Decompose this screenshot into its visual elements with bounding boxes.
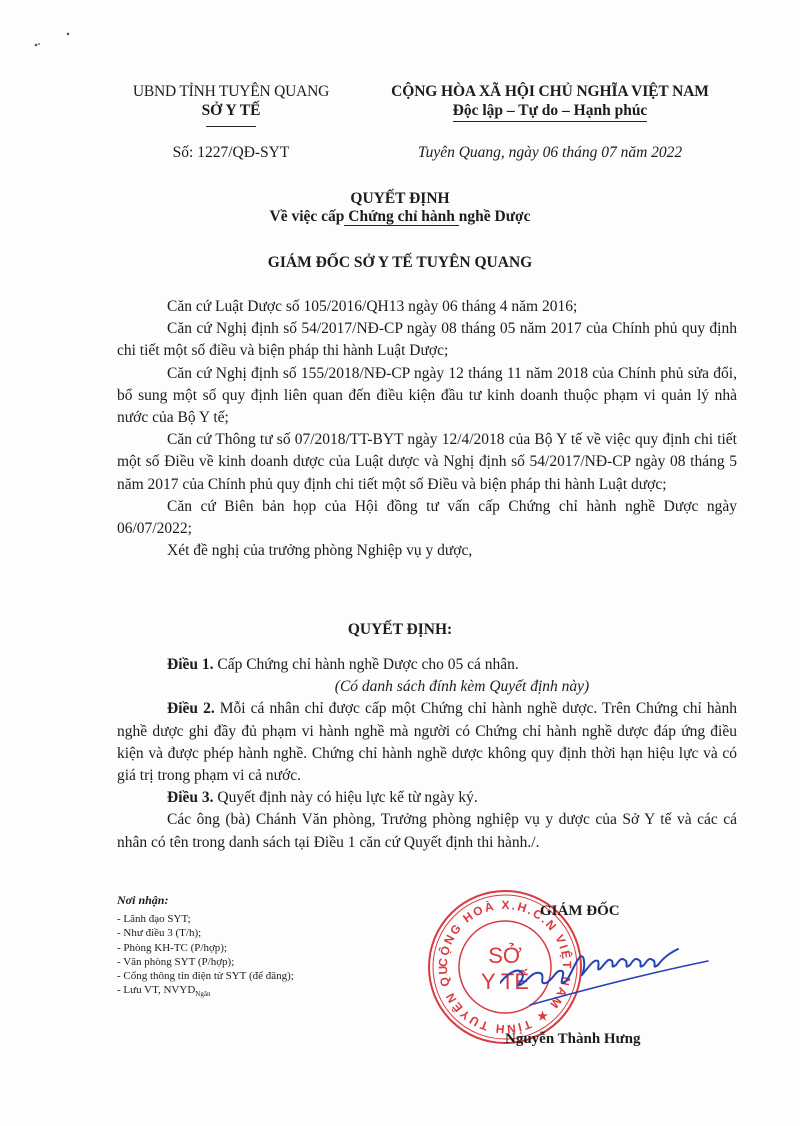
recipient-item-text: - Lưu VT, NVYD	[117, 984, 195, 996]
signer-name: Nguyễn Thành Hưng	[505, 1031, 640, 1048]
handwritten-signature	[500, 935, 710, 1015]
preamble-item: Căn cứ Nghị định số 155/2018/NĐ-CP ngày …	[117, 363, 737, 430]
preamble-item: Căn cứ Biên bản họp của Hội đồng tư vấn …	[117, 496, 737, 540]
articles: Điều 1. Cấp Chứng chỉ hành nghề Dược cho…	[117, 654, 737, 854]
preamble-item: Căn cứ Thông tư số 07/2018/TT-BYT ngày 1…	[117, 429, 737, 496]
document-subject: Về việc cấp Chứng chỉ hành nghề Dược	[110, 208, 690, 226]
issuer-title: GIÁM ĐỐC SỞ Y TẾ TUYÊN QUANG	[110, 254, 690, 272]
signer-title: GIÁM ĐỐC	[540, 903, 620, 920]
article-2: Điều 2. Mỗi cá nhân chỉ được cấp một Chứ…	[117, 698, 737, 787]
decision-heading: QUYẾT ĐỊNH:	[110, 621, 690, 639]
execution-clause: Các ông (bà) Chánh Văn phòng, Trưởng phò…	[117, 809, 737, 853]
article-3: Điều 3. Quyết định này có hiệu lực kể từ…	[117, 787, 737, 809]
department-name: SỞ Y TẾ	[202, 102, 261, 120]
recipient-item: - Cổng thông tin điện tử SYT (để đăng);	[117, 969, 407, 983]
document-title: QUYẾT ĐỊNH Về việc cấp Chứng chỉ hành ng…	[110, 190, 690, 226]
recipient-item: - Lãnh đạo SYT;	[117, 912, 407, 926]
article-text: Cấp Chứng chỉ hành nghề Dược cho 05 cá n…	[214, 656, 519, 673]
article-label: Điều 3.	[167, 789, 214, 806]
subject-prefix: Về việc cấp	[270, 208, 345, 225]
nation-name: CỘNG HÒA XÃ HỘI CHỦ NGHĨA VIỆT NAM	[362, 83, 738, 101]
recipient-item-suffix: Ngân	[195, 990, 210, 998]
national-title-block: CỘNG HÒA XÃ HỘI CHỦ NGHĨA VIỆT NAM Độc l…	[362, 83, 738, 122]
document-type: QUYẾT ĐỊNH	[110, 190, 690, 208]
place-and-date: Tuyên Quang, ngày 06 tháng 07 năm 2022	[362, 144, 738, 162]
subject-suffix: nghề Dược	[459, 208, 531, 225]
preamble: Căn cứ Luật Dược số 105/2016/QH13 ngày 0…	[117, 296, 737, 562]
article-label: Điều 2.	[167, 700, 215, 717]
recipients-list: Nơi nhận: - Lãnh đạo SYT; - Như điều 3 (…	[117, 893, 407, 1002]
article-1-note: (Có danh sách đính kèm Quyết định này)	[117, 676, 737, 698]
preamble-item: Xét đề nghị của trưởng phòng Nghiệp vụ y…	[117, 540, 737, 562]
document-page: UBND TỈNH TUYÊN QUANG SỞ Y TẾ CỘNG HÒA X…	[0, 0, 800, 1126]
national-motto: Độc lập – Tự do – Hạnh phúc	[453, 102, 648, 122]
article-label: Điều 1.	[167, 656, 214, 673]
recipient-item: - Như điều 3 (T/h);	[117, 926, 407, 940]
organization-name: UBND TỈNH TUYÊN QUANG	[100, 83, 362, 101]
article-1: Điều 1. Cấp Chứng chỉ hành nghề Dược cho…	[117, 654, 737, 676]
recipients-heading: Nơi nhận:	[117, 893, 407, 907]
issuing-authority-block: UBND TỈNH TUYÊN QUANG SỞ Y TẾ	[100, 83, 362, 127]
preamble-item: Căn cứ Luật Dược số 105/2016/QH13 ngày 0…	[117, 296, 737, 318]
preamble-item: Căn cứ Nghị định số 54/2017/NĐ-CP ngày 0…	[117, 318, 737, 362]
scan-artifact-mark	[30, 30, 70, 50]
recipient-item: - Lưu VT, NVYDNgân	[117, 983, 407, 1001]
subject-underlined: Chứng chỉ hành	[344, 208, 458, 226]
document-number: Số: 1227/QĐ-SYT	[100, 144, 362, 162]
department-underline	[206, 126, 256, 127]
article-text: Quyết định này có hiệu lực kể từ ngày ký…	[214, 789, 478, 806]
recipient-item: - Phòng KH-TC (P/hợp);	[117, 941, 407, 955]
recipient-item: - Văn phòng SYT (P/hợp);	[117, 955, 407, 969]
